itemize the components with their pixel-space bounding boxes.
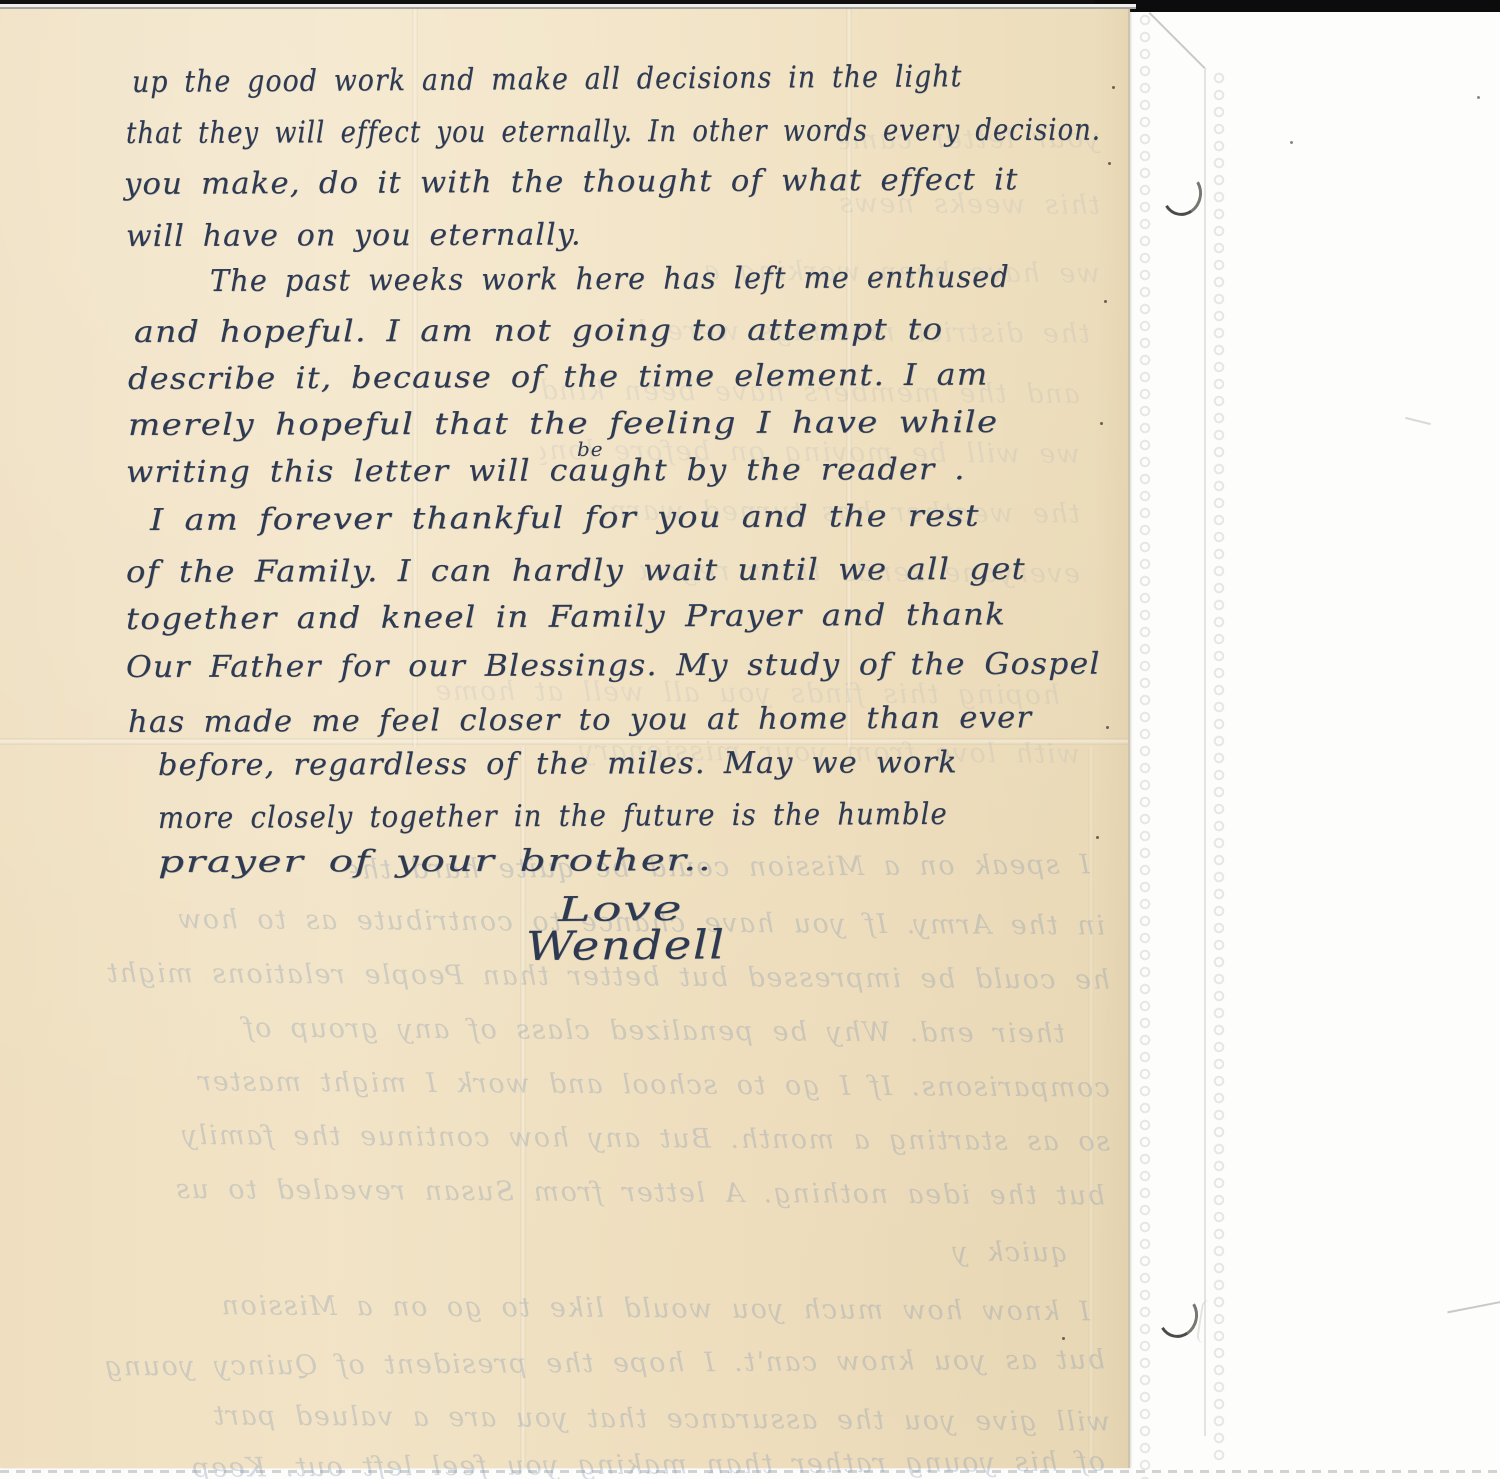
- scanned-letter-page: I speak on a Mission could be quite hard…: [0, 0, 1500, 1479]
- faint-scratch-mark: [1447, 1301, 1500, 1314]
- letter-line: and hopeful. I am not going to attempt t…: [134, 312, 944, 350]
- letter-line: has made me feel closer to you at home t…: [128, 700, 1032, 740]
- letter-line: The past weeks work here has left me ent…: [210, 260, 1010, 299]
- dust-speck: [1290, 141, 1293, 144]
- signature: Wendell: [526, 922, 726, 970]
- sleeve-fold-diagonal-line: [1149, 12, 1207, 70]
- letter-line: describe it, because of the time element…: [128, 357, 989, 397]
- handwriting-layer: up the good work and make all decisions …: [0, 9, 1128, 1468]
- binder-prong-mark-bottom: [1154, 1290, 1202, 1341]
- letter-line: more closely together in the future is t…: [158, 797, 948, 836]
- sleeve-perforation-column-right: [1211, 70, 1227, 1462]
- letter-line: together and kneel in Family Prayer and …: [126, 597, 1006, 637]
- scanner-edge-bar-thick: [1095, 0, 1500, 12]
- letter-paper: I speak on a Mission could be quite hard…: [0, 9, 1130, 1468]
- letter-line: that they will effect you eternally. In …: [126, 113, 1101, 151]
- letter-line: writing this letter will caught by the r…: [126, 452, 966, 490]
- dust-speck: [1477, 96, 1480, 99]
- binder-prong-mark-top: [1158, 168, 1206, 219]
- letter-line: before, regardless of the miles. May we …: [158, 745, 958, 783]
- letter-line: of the Family. I can hardly wait until w…: [126, 552, 1026, 590]
- sleeve-perforation-column-left: [1137, 12, 1153, 1479]
- faint-scratch-mark: [1405, 417, 1431, 425]
- letter-line: up the good work and make all decisions …: [132, 59, 963, 100]
- letter-line: Our Father for our Blessings. My study o…: [126, 647, 1101, 685]
- sleeve-edge-vertical-line: [1204, 68, 1206, 1436]
- letter-line: will have on you eternally.: [126, 217, 582, 254]
- letter-line: you make, do it with the thought of what…: [124, 162, 1019, 202]
- letter-line: merely hopeful that the feeling I have w…: [128, 405, 999, 443]
- letter-line: I am forever thankful for you and the re…: [150, 499, 980, 538]
- inserted-word: be: [577, 437, 604, 461]
- letter-line: prayer of your brother..: [158, 843, 712, 880]
